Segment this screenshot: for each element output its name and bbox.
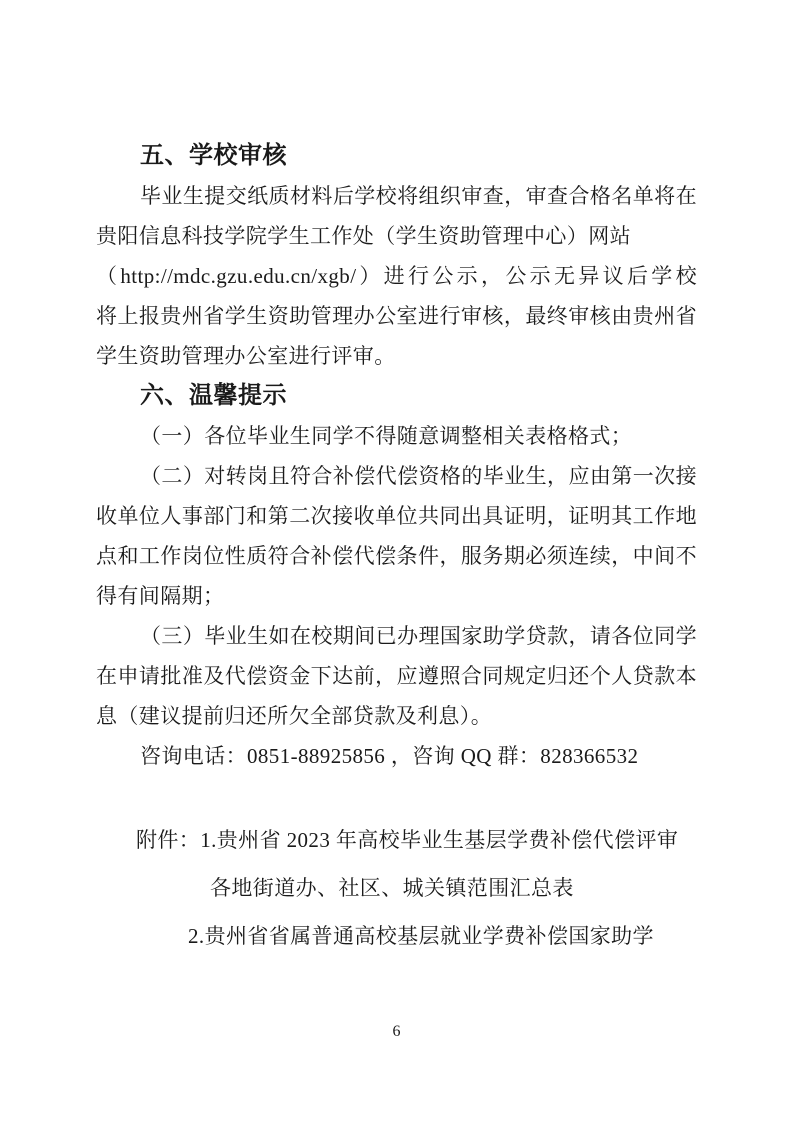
contact-qq-label: ，咨询 QQ 群： xyxy=(385,744,540,768)
text-line: （http://mdc.gzu.edu.cn/xgb/）进行公示，公示无异议后学… xyxy=(96,256,697,296)
contact-label: 咨询电话： xyxy=(140,744,247,768)
text-line: 得有间隔期； xyxy=(96,576,697,616)
document-page: 五、学校审核 毕业生提交纸质材料后学校将组织审查，审查合格名单将在 贵阳信息科技… xyxy=(0,0,793,1122)
attachment-item-1-line-1: 附件：1.贵州省 2023 年高校毕业生基层学费补偿代偿评审 xyxy=(136,816,697,864)
text-line: 贵阳信息科技学院学生工作处（学生资助管理中心）网站 xyxy=(96,216,697,256)
attachment-1-number: 1. xyxy=(200,828,217,852)
contact-line: 咨询电话：0851-88925856 ，咨询 QQ 群：828366532 xyxy=(96,736,697,776)
tip-item-3: （三）毕业生如在校期间已办理国家助学贷款，请各位同学 在申请批准及代偿资金下达前… xyxy=(96,616,697,736)
attachment-1-title: 贵州省 2023 年高校毕业生基层学费补偿代偿评审 xyxy=(217,828,679,852)
text-line: 点和工作岗位性质符合补偿代偿条件，服务期必须连续，中间不 xyxy=(96,536,697,576)
attachments-label: 附件： xyxy=(136,828,200,852)
section-5-paragraph: 毕业生提交纸质材料后学校将组织审查，审查合格名单将在 贵阳信息科技学院学生工作处… xyxy=(96,176,697,376)
attachment-item-2-line-1: 2.贵州省省属普通高校基层就业学费补偿国家助学 xyxy=(188,912,697,960)
text-line: 学生资助管理办公室进行评审。 xyxy=(96,336,697,376)
document-content: 五、学校审核 毕业生提交纸质材料后学校将组织审查，审查合格名单将在 贵阳信息科技… xyxy=(96,136,697,960)
attachments-block: 附件：1.贵州省 2023 年高校毕业生基层学费补偿代偿评审 各地街道办、社区、… xyxy=(96,816,697,960)
text-line: 收单位人事部门和第二次接收单位共同出具证明，证明其工作地 xyxy=(96,496,697,536)
tip-item-1: （一）各位毕业生同学不得随意调整相关表格格式； xyxy=(96,416,697,456)
text-line: （一）各位毕业生同学不得随意调整相关表格格式； xyxy=(96,416,697,456)
section-6-heading: 六、温馨提示 xyxy=(96,376,697,416)
tip-item-2: （二）对转岗且符合补偿代偿资格的毕业生，应由第一次接 收单位人事部门和第二次接收… xyxy=(96,456,697,616)
section-5-heading: 五、学校审核 xyxy=(96,136,697,176)
page-number: 6 xyxy=(0,1022,793,1042)
phone-number: 0851-88925856 xyxy=(247,744,385,768)
text-line: 息（建议提前归还所欠全部贷款及利息）。 xyxy=(96,696,697,736)
text-line: （三）毕业生如在校期间已办理国家助学贷款，请各位同学 xyxy=(96,616,697,656)
attachment-item-1-line-2: 各地街道办、社区、城关镇范围汇总表 xyxy=(210,864,697,912)
text-line: （二）对转岗且符合补偿代偿资格的毕业生，应由第一次接 xyxy=(96,456,697,496)
text-line: 将上报贵州省学生资助管理办公室进行审核，最终审核由贵州省 xyxy=(96,296,697,336)
attachment-2-number: 2. xyxy=(188,924,205,948)
text-line: 在申请批准及代偿资金下达前，应遵照合同规定归还个人贷款本 xyxy=(96,656,697,696)
qq-group-number: 828366532 xyxy=(540,744,638,768)
attachment-2-title: 贵州省省属普通高校基层就业学费补偿国家助学 xyxy=(205,924,654,948)
text-line: 毕业生提交纸质材料后学校将组织审查，审查合格名单将在 xyxy=(96,176,697,216)
